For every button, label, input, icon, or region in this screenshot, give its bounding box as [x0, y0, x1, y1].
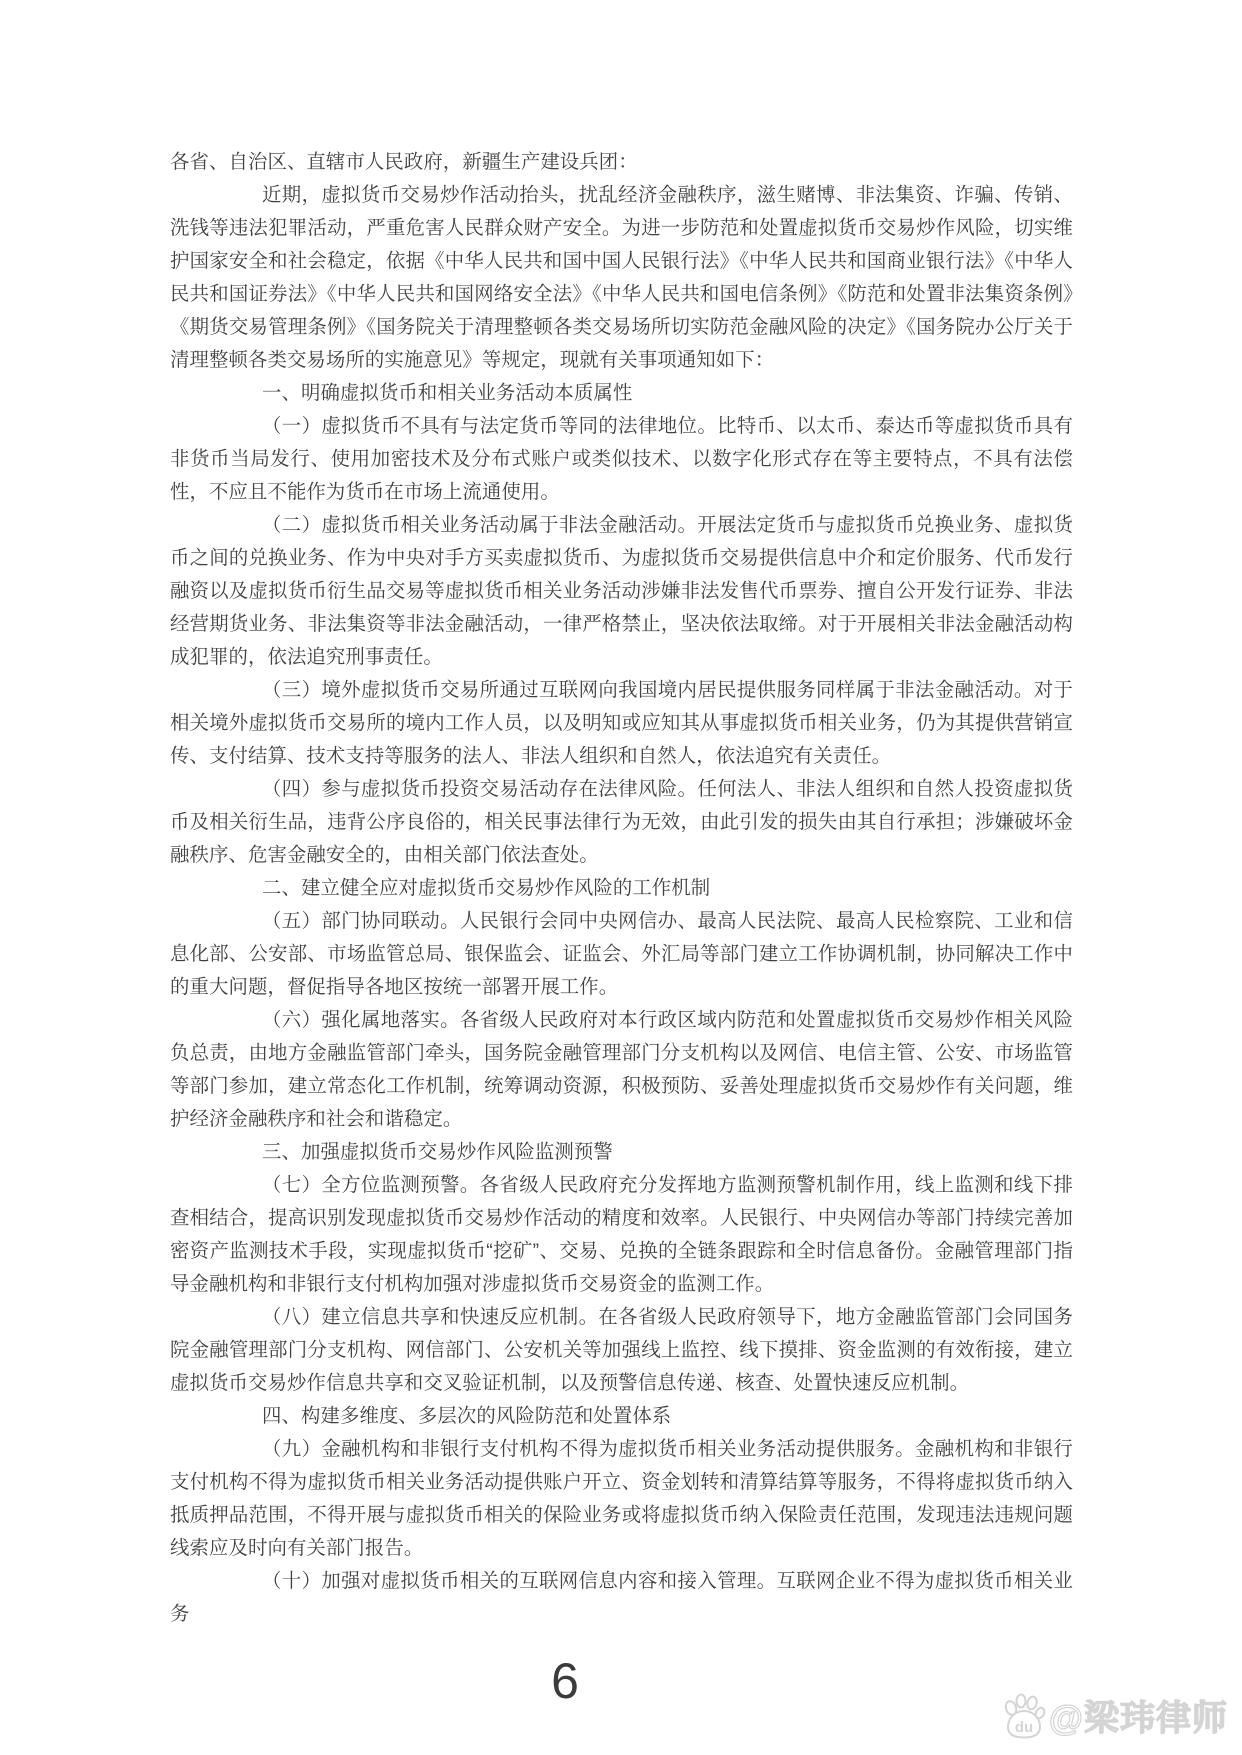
paragraph: （二）虚拟货币相关业务活动属于非法金融活动。开展法定货币与虚拟货币兑换业务、虚拟… [170, 509, 1073, 674]
section-heading: 四、构建多维度、多层次的风险防范和处置体系 [170, 1400, 1073, 1433]
paragraph: （九）金融机构和非银行支付机构不得为虚拟货币相关业务活动提供服务。金融机构和非银… [170, 1433, 1073, 1565]
paragraph: （十）加强对虚拟货币相关的互联网信息内容和接入管理。互联网企业不得为虚拟货币相关… [170, 1565, 1073, 1631]
baidu-paw-icon: du [1001, 1692, 1047, 1740]
document-body: 各省、自治区、直辖市人民政府，新疆生产建设兵团：近期，虚拟货币交易炒作活动抬头，… [170, 146, 1073, 1631]
paragraph: （五）部门协同联动。人民银行会同中央网信办、最高人民法院、最高人民检察院、工业和… [170, 905, 1073, 1004]
paragraph: （一）虚拟货币不具有与法定货币等同的法律地位。比特币、以太币、泰达币等虚拟货币具… [170, 410, 1073, 509]
paragraph: （六）强化属地落实。各省级人民政府对本行政区域内防范和处置虚拟货币交易炒作相关风… [170, 1004, 1073, 1136]
watermark-text: @梁玮律师 [1049, 1691, 1228, 1741]
document-page: 各省、自治区、直辖市人民政府，新疆生产建设兵团：近期，虚拟货币交易炒作活动抬头，… [0, 0, 1242, 1755]
paragraph: 各省、自治区、直辖市人民政府，新疆生产建设兵团： [170, 146, 1073, 179]
section-heading: 一、明确虚拟货币和相关业务活动本质属性 [170, 377, 1073, 410]
paragraph: （七）全方位监测预警。各省级人民政府充分发挥地方监测预警机制作用，线上监测和线下… [170, 1169, 1073, 1301]
page-number: 6 [530, 1652, 600, 1710]
baidu-paw-du-label: du [1015, 1719, 1033, 1736]
paragraph: （三）境外虚拟货币交易所通过互联网向我国境内居民提供服务同样属于非法金融活动。对… [170, 674, 1073, 773]
section-heading: 二、建立健全应对虚拟货币交易炒作风险的工作机制 [170, 872, 1073, 905]
watermark: du @梁玮律师 [1001, 1691, 1228, 1741]
section-heading: 三、加强虚拟货币交易炒作风险监测预警 [170, 1136, 1073, 1169]
paragraph: 近期，虚拟货币交易炒作活动抬头，扰乱经济金融秩序，滋生赌博、非法集资、诈骗、传销… [170, 179, 1073, 377]
paragraph: （四）参与虚拟货币投资交易活动存在法律风险。任何法人、非法人组织和自然人投资虚拟… [170, 773, 1073, 872]
paragraph: （八）建立信息共享和快速反应机制。在各省级人民政府领导下，地方金融监管部门会同国… [170, 1301, 1073, 1400]
